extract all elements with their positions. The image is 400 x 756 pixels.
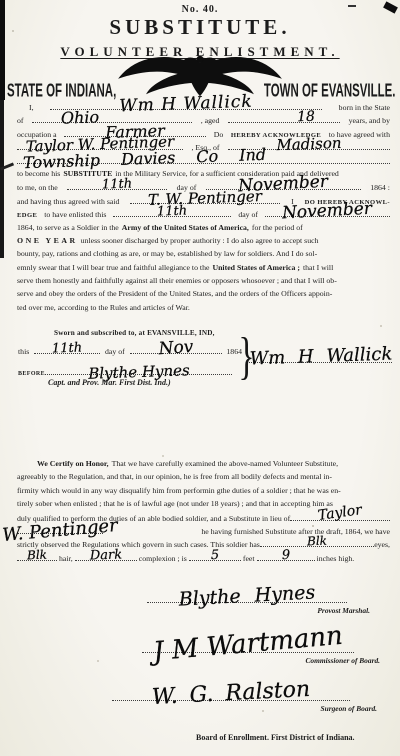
blank-sworn-month: Nov [130, 344, 222, 354]
printed-text: feet [243, 552, 255, 565]
printed-text: serve them honestly and faithfully again… [17, 274, 337, 287]
printed-text: eyes, [374, 538, 390, 551]
enlist-month-handwriting: November [282, 203, 373, 221]
line-bounty: bounty, pay, rations and clothing as are… [17, 247, 390, 260]
printed-text: I, [29, 101, 34, 114]
certification-paragraph: We Certify on Honor, That we have carefu… [17, 457, 390, 564]
provost-signature-line: Blythe Hynes [147, 576, 347, 603]
line-allegiance: emnly swear that I will bear true and fa… [17, 261, 390, 274]
line-residence-2: Township Davies Co Ind [17, 154, 390, 167]
printed-text: to me, on the [17, 181, 58, 194]
printed-text: , aged [201, 114, 220, 127]
line-certify-3: firmity which would in any way disqualif… [17, 484, 390, 497]
line-obey: serve and obey the orders of the Preside… [17, 287, 390, 300]
blank-residence-2: Township Davies Co Ind [17, 154, 390, 164]
sworn-month-handwriting: Nov [158, 341, 194, 356]
blank-enlist-month: November [265, 207, 390, 217]
printed-text: Do [214, 128, 224, 141]
scan-artifact-left-bar [0, 100, 4, 258]
line-certify-8: Blk hair, Dark complexion ; is 5 feet 9 … [17, 551, 390, 564]
printed-text: bounty, pay, rations and clothing as are… [17, 247, 317, 260]
printed-text: BEFORE [18, 368, 45, 381]
printed-text: day of [105, 345, 125, 358]
complexion-handwriting: Dark [89, 548, 122, 562]
blank-eyes: Blk [260, 537, 374, 547]
blank-sworn-day: 11th [34, 344, 100, 354]
printed-text: day of [238, 208, 258, 221]
birth-state-handwriting: Ohio [61, 111, 100, 125]
line-serve: serve them honestly and faithfully again… [17, 274, 390, 287]
blank-feet: 5 [189, 551, 241, 561]
printed-text: emnly swear that I will bear true and fa… [17, 261, 209, 274]
printed-text: tirely sober when enlisted ; that he is … [17, 497, 333, 510]
blank-complexion: Dark [75, 551, 137, 561]
commissioner-signature-line: J M Wartmann [142, 612, 354, 653]
line-certify-1: We Certify on Honor, That we have carefu… [17, 457, 390, 470]
line-rules-of-war: ted over me, according to the Rules and … [17, 301, 390, 314]
printed-text: serve and obey the orders of the Preside… [17, 287, 332, 300]
lieu-name-1-handwriting: Taylor [317, 504, 362, 523]
state-heading: STATE OF INDIANA, [7, 79, 116, 101]
blank-enlist-day: 11th [113, 207, 231, 217]
printed-text: of [17, 114, 24, 127]
printed-text: 1864 : [370, 181, 390, 194]
feet-handwriting: 5 [210, 549, 219, 562]
line-enlist-date: EDGE to have enlisted this 11th day of N… [17, 207, 390, 220]
line-certify-2: agreeably to the Regulation, and that, i… [17, 470, 390, 483]
surgeon-signature-line: W. G. Ralston [112, 664, 350, 701]
enlist-day-handwriting: 11th [157, 205, 188, 219]
age-handwriting: 18 [297, 111, 315, 125]
form-number: No. 40. [0, 4, 400, 15]
blank-paid-day: 11th [67, 180, 167, 190]
provost-capt-title: Capt. and Prov. Mar. First Dist. Ind.) [48, 378, 171, 387]
line-state-age: of Ohio , aged 18 years, and by [17, 113, 390, 126]
recruit-signature: Wm H Wallick [249, 344, 392, 370]
printed-text: ONE YEAR [17, 234, 78, 247]
printed-text: hair, [59, 552, 73, 565]
line-certify-6: W. Pentinger he having furnished Substit… [17, 524, 390, 537]
enlistment-document: No. 40. SUBSTITUTE. VOLUNTEER ENLISTMENT… [0, 0, 400, 756]
printed-text: years, and by [349, 114, 390, 127]
printed-text: born in the State [339, 101, 390, 114]
sworn-subscribed-line: Sworn and subscribed to, at EVANSVILLE, … [54, 329, 215, 337]
document-title: SUBSTITUTE. [0, 15, 400, 40]
printed-text: United States of America ; [212, 261, 299, 274]
surgeon-title: Surgeon of Board. [242, 704, 377, 713]
recruit-signature-line: Wm H Wallick [249, 334, 392, 363]
blank-before-officer: Blythe Hynes [45, 365, 232, 375]
printed-text: this [18, 345, 29, 358]
blank-inches: 9 [257, 551, 315, 561]
printed-text: unless sooner discharged by proper autho… [81, 234, 319, 247]
printed-text: that I will [303, 261, 333, 274]
printed-text: and having thus agreed with said [17, 195, 119, 208]
blank-age: 18 [228, 113, 340, 123]
enlistment-paragraph: I, Wm H Wallick born in the State of Ohi… [17, 100, 390, 314]
paid-day-handwriting: 11th [102, 178, 133, 192]
printed-text: Army of the United States of America, [122, 221, 249, 234]
printed-text: to have enlisted this [44, 208, 106, 221]
printed-text: That we have carefully examined the abov… [112, 457, 338, 470]
printed-text: ted over me, according to the Rules and … [17, 301, 190, 314]
printed-text: complexion ; is [139, 552, 187, 565]
sworn-day-handwriting: 11th [52, 341, 83, 355]
printed-text: firmity which would in any way disqualif… [17, 484, 341, 497]
sworn-date-line: this 11th day of Nov 1864 [18, 344, 242, 357]
blank-lieu-name-2: W. Pentinger [17, 524, 103, 534]
town-heading: TOWN OF EVANSVILLE. [263, 79, 395, 101]
hair-handwriting: Blk [27, 548, 47, 562]
printed-text: he having furnished Substitute after the… [201, 525, 390, 538]
blank-hair: Blk [17, 551, 57, 561]
board-footer: Board of Enrollment. First District of I… [196, 733, 355, 742]
line-one-year: ONE YEAR unless sooner discharged by pro… [17, 234, 390, 247]
blank-agreed-with: T. W. Pentinger [130, 194, 280, 204]
recruit-name-handwriting: Wm H Wallick [119, 96, 253, 114]
line-army: 1864, to serve as a Soldier in the Army … [17, 221, 390, 234]
printed-text: inches high. [317, 552, 355, 565]
printed-text: agreeably to the Regulation, and that, i… [17, 470, 332, 483]
eyes-handwriting: Blk [307, 535, 327, 549]
blank-lieu-name-1: Taylor [290, 511, 390, 521]
printed-text: 1864, to serve as a Soldier in the [17, 221, 119, 234]
printed-text: We Certify on Honor, [37, 457, 109, 470]
residence-handwriting: Madison [276, 137, 342, 152]
sworn-before-line: BEFORE Blythe Hynes [18, 365, 232, 378]
inches-handwriting: 9 [281, 549, 290, 562]
